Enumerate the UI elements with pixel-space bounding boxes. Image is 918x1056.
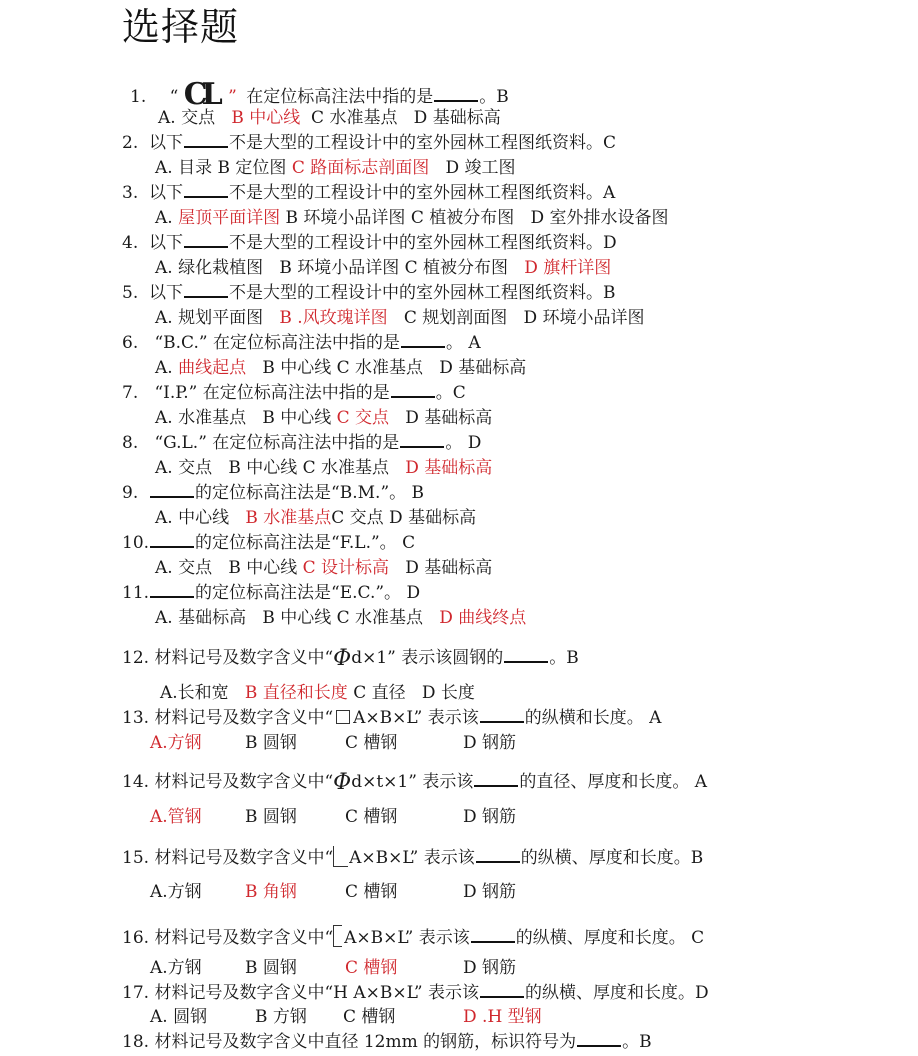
- question-6: 6. “B.C.” 在定位标高注法中指的是。 A: [122, 332, 481, 354]
- answer-blank: [150, 582, 194, 598]
- question-7: 7. “I.P.” 在定位标高注法中指的是。C: [122, 382, 466, 404]
- options-5: A. 规划平面图 B .风玫瑰详图 C 规划剖面图 D 环境小品详图: [155, 307, 645, 329]
- answer-blank: [401, 332, 445, 348]
- answer-blank: [480, 707, 524, 723]
- question-18: 18. 材料记号及数字含义中直径 12mm 的钢筋，标识符号为。B: [122, 1031, 652, 1053]
- answer-blank: [577, 1031, 621, 1047]
- question-13: 13. 材料记号及数字含义中“A×B×L” 表示该的纵横和长度。 A: [122, 707, 661, 729]
- answer-blank: [391, 382, 435, 398]
- question-4: 4. 以下不是大型的工程设计中的室外园林工程图纸资料。D: [122, 232, 617, 254]
- answer-blank: [471, 927, 515, 943]
- page-title: 选择题: [122, 0, 239, 51]
- options-12: A.长和宽 B 直径和长度 C 直径 D 长度: [160, 682, 475, 704]
- diameter-symbol-icon: Φ: [333, 646, 351, 671]
- question-1: 1. “ CL ” ” 在定位标高注法中指的是 在定位标高注法中指的是。B: [130, 84, 509, 108]
- answer-blank: [184, 132, 228, 148]
- question-3: 3. 以下不是大型的工程设计中的室外园林工程图纸资料。A: [122, 182, 615, 204]
- correct-option: 屋顶平面详图: [178, 208, 280, 228]
- question-16: 16. 材料记号及数字含义中“A×B×L” 表示该的纵横、厚度和长度。 C: [122, 925, 704, 949]
- correct-option: D 曲线终点: [439, 608, 526, 628]
- correct-option: B 直径和长度: [245, 683, 348, 703]
- question-12: 12. 材料记号及数字含义中“Φd×1” 表示该圆钢的。B: [122, 647, 579, 670]
- answer-blank: [504, 647, 548, 663]
- answer-blank: [184, 282, 228, 298]
- answer-blank: [184, 232, 228, 248]
- correct-option: D 基础标高: [405, 458, 492, 478]
- correct-option: B 角钢: [245, 881, 345, 903]
- correct-option: C 槽钢: [345, 957, 463, 979]
- question-17: 17. 材料记号及数字含义中“H A×B×L” 表示该的纵横、厚度和长度。D: [122, 982, 709, 1004]
- answer-blank: [150, 532, 194, 548]
- square-symbol-icon: [336, 710, 350, 724]
- correct-option: C 路面标志剖面图: [292, 158, 429, 178]
- answer-blank: [474, 771, 518, 787]
- answer-blank: [150, 482, 194, 498]
- correct-option: A.管钢: [150, 806, 245, 828]
- answer-blank: [480, 982, 524, 998]
- options-6: A. 曲线起点 B 中心线 C 水准基点 D 基础标高: [155, 357, 526, 379]
- correct-option: D 旗杆详图: [524, 258, 611, 278]
- options-2: A. 目录 B 定位图 C 路面标志剖面图 D 竣工图: [155, 157, 516, 179]
- correct-option: C 交点: [337, 408, 389, 428]
- options-7: A. 水准基点 B 中心线 C 交点 D 基础标高: [155, 407, 492, 429]
- answer-blank: [476, 847, 520, 863]
- options-14: A.管钢B 圆钢C 槽钢D 钢筋: [150, 806, 516, 828]
- diameter-symbol-icon: Φ: [333, 770, 351, 795]
- options-16: A.方钢B 圆钢C 槽钢D 钢筋: [150, 957, 516, 979]
- options-9: A. 中心线 B 水准基点C 交点 D 基础标高: [155, 507, 476, 529]
- question-5: 5. 以下不是大型的工程设计中的室外园林工程图纸资料。B: [122, 282, 616, 304]
- question-8: 8. “G.L.” 在定位标高注法中指的是。 D: [122, 432, 481, 454]
- options-10: A. 交点 B 中心线 C 设计标高 D 基础标高: [155, 557, 492, 579]
- correct-option: B .风玫瑰详图: [279, 308, 387, 328]
- angle-steel-symbol-icon: [333, 846, 348, 867]
- correct-option: D .H 型钢: [463, 1007, 542, 1027]
- question-14: 14. 材料记号及数字含义中“Φd×t×1” 表示该的直径、厚度和长度。 A: [122, 771, 707, 794]
- question-10: 10.的定位标高注法是“F.L.”。 C: [122, 532, 415, 554]
- question-15: 15. 材料记号及数字含义中“A×B×L” 表示该的纵横、厚度和长度。B: [122, 846, 703, 869]
- correct-option: C 设计标高: [303, 558, 389, 578]
- options-3: A. 屋顶平面详图 B 环境小品详图 C 植被分布图 D 室外排水设备图: [155, 207, 669, 229]
- options-15: A.方钢B 角钢C 槽钢D 钢筋: [150, 881, 516, 903]
- correct-option: B 中心线: [231, 108, 300, 128]
- channel-steel-symbol-icon: [333, 925, 342, 947]
- options-17: A. 圆钢B 方钢C 槽钢D .H 型钢: [150, 1006, 542, 1028]
- options-13: A.方钢B 圆钢C 槽钢D 钢筋: [150, 732, 516, 754]
- options-11: A. 基础标高 B 中心线 C 水准基点 D 曲线终点: [155, 607, 526, 629]
- options-8: A. 交点 B 中心线 C 水准基点 D 基础标高: [155, 457, 492, 479]
- correct-option: 曲线起点: [178, 358, 246, 378]
- question-2: 2. 以下不是大型的工程设计中的室外园林工程图纸资料。C: [122, 132, 616, 154]
- question-11: 11.的定位标高注法是“E.C.”。 D: [122, 582, 420, 604]
- answer-blank: [434, 86, 478, 102]
- correct-option: A.方钢: [150, 732, 245, 754]
- answer-blank: [184, 182, 228, 198]
- answer-blank: [400, 432, 444, 448]
- options-4: A. 绿化栽植图 B 环境小品详图 C 植被分布图 D 旗杆详图: [155, 257, 611, 279]
- options-1: A. 交点 B 中心线 C 水准基点 D 基础标高: [158, 107, 501, 129]
- correct-option: B 水准基点: [245, 508, 331, 528]
- question-9: 9. 的定位标高注法是“B.M.”。 B: [122, 482, 424, 504]
